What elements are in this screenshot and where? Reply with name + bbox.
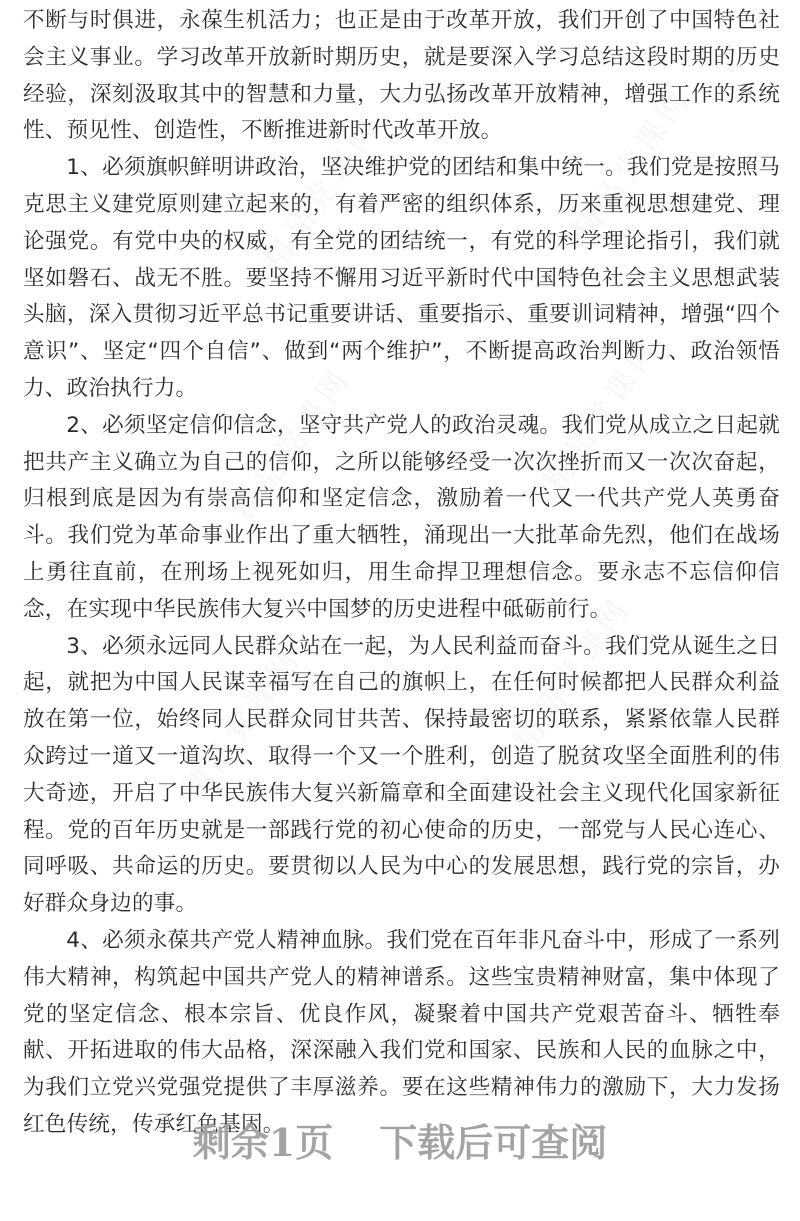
paragraph-point-4: 4、必须永葆共产党人精神血脉。我们党在百年非凡奋斗中，形成了一系列伟大精神，构筑… [23, 923, 780, 1144]
download-prompt-banner[interactable]: 剩余1页下载后可查阅 [0, 1118, 800, 1168]
paragraph-intro: 不断与时俱进，永葆生机活力；也正是由于改革开放，我们开创了中国特色社会主义事业。… [23, 3, 780, 150]
remaining-pages-label: 剩余1页 [193, 1118, 333, 1168]
paragraph-point-3: 3、必须永远同人民群众站在一起，为人民利益而奋斗。我们党从诞生之日起，就把为中国… [23, 629, 780, 923]
paragraph-point-1: 1、必须旗帜鲜明讲政治，坚决维护党的团结和集中统一。我们党是按照马克思主义建党原… [23, 150, 780, 408]
document-page: 不断与时俱进，永葆生机活力；也正是由于改革开放，我们开创了中国特色社会主义事业。… [0, 0, 800, 1221]
document-body: 不断与时俱进，永葆生机活力；也正是由于改革开放，我们开创了中国特色社会主义事业。… [23, 3, 780, 1144]
paragraph-point-2: 2、必须坚定信仰信念，坚守共产党人的政治灵魂。我们党从成立之日起就把共产主义确立… [23, 408, 780, 629]
download-to-view-label[interactable]: 下载后可查阅 [379, 1118, 607, 1168]
